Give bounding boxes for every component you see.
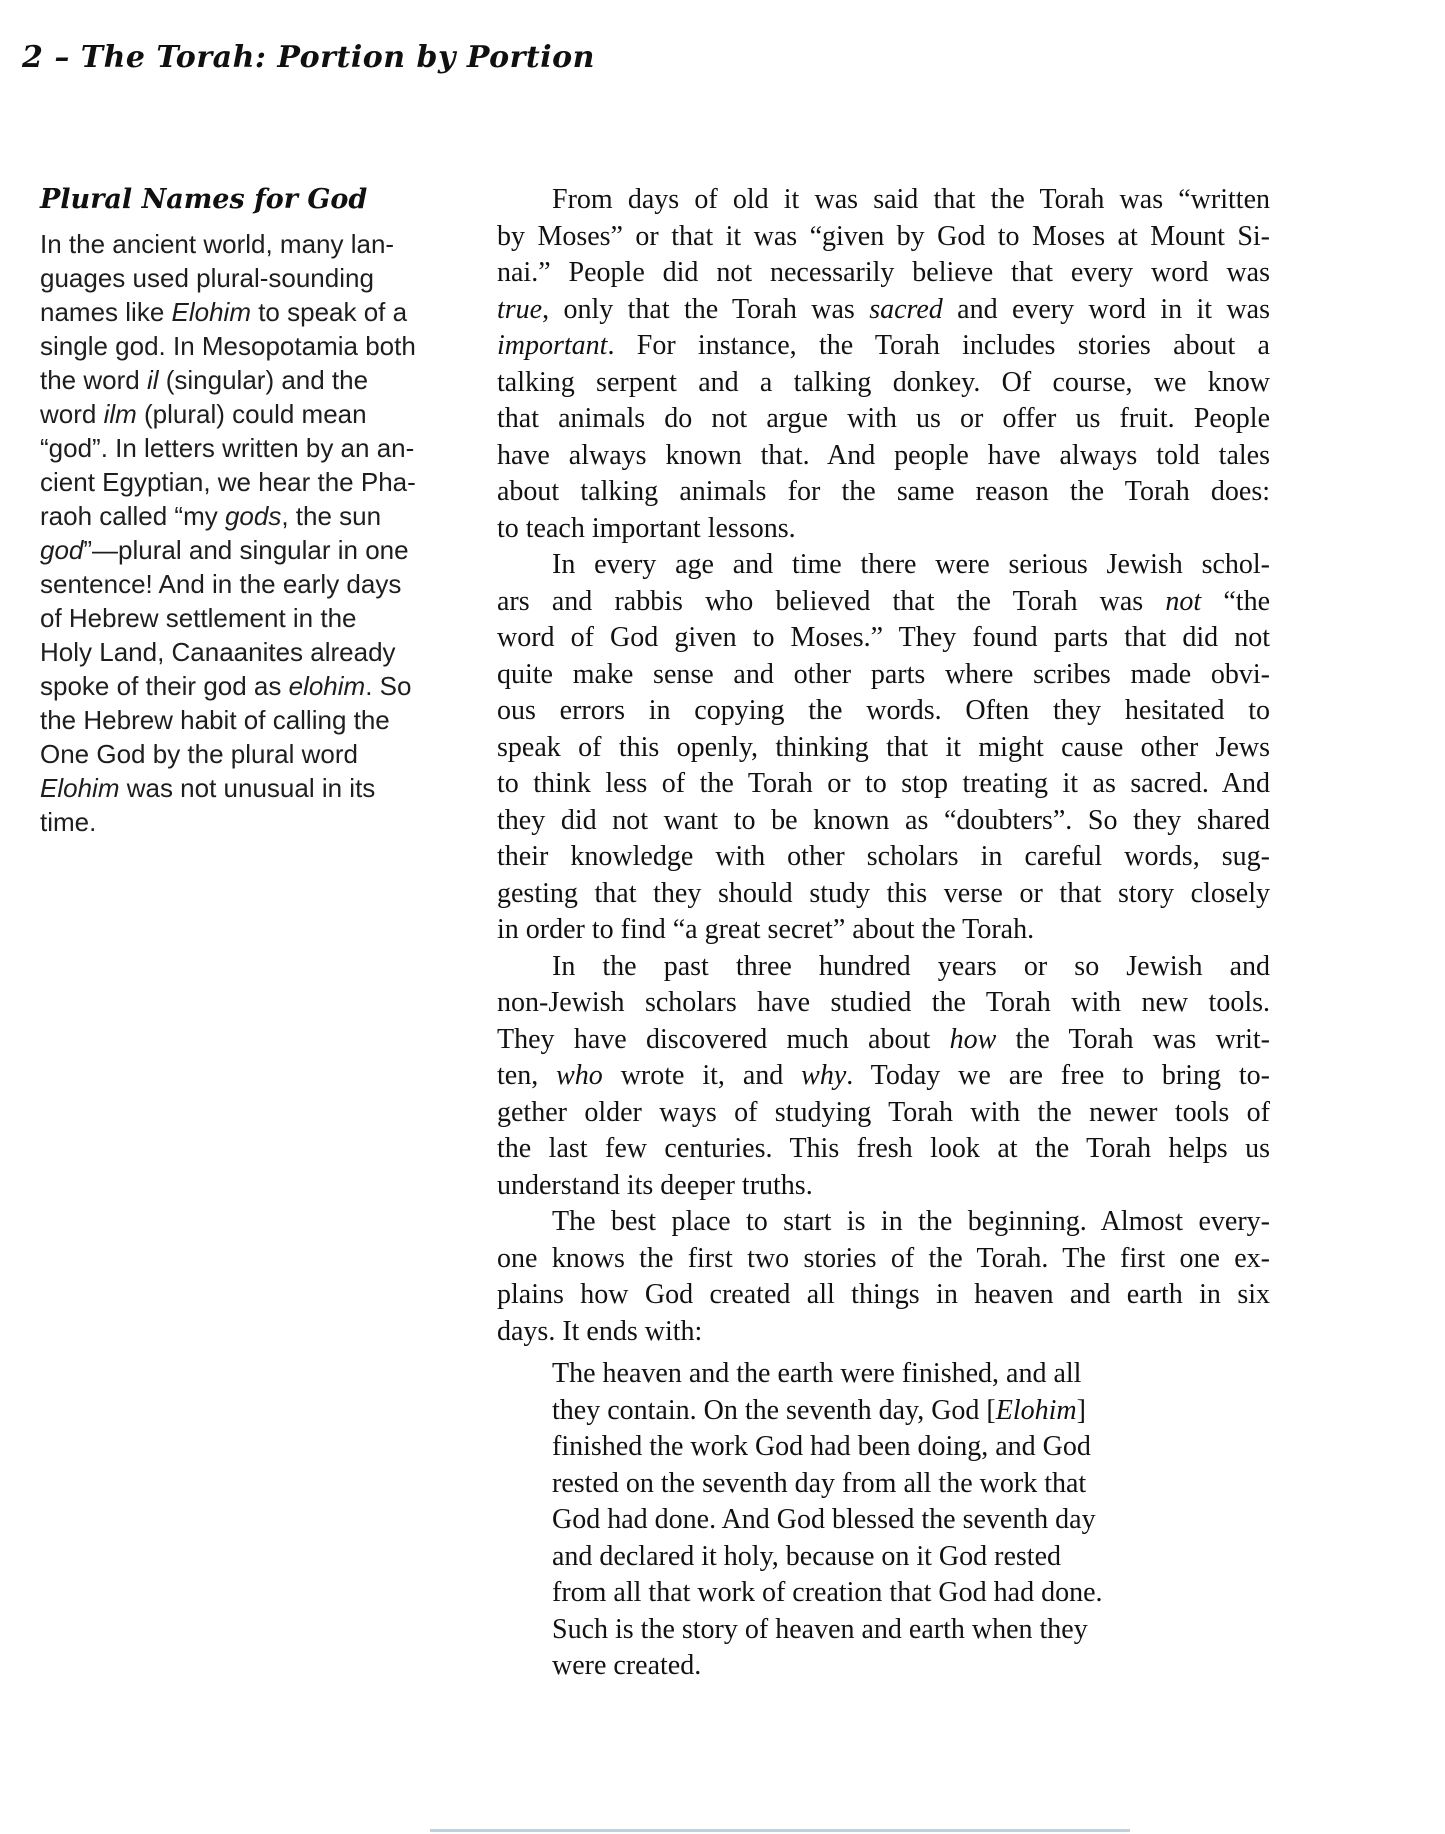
book-page: { "page_header": "2 – The Torah: Portion… — [0, 0, 1445, 1834]
bottom-hairline — [430, 1829, 1130, 1832]
paragraph-best-place-to-start: The best place to start is in the beginn… — [497, 1204, 1270, 1350]
paragraph-serious-scholars: In every age and time there were serious… — [497, 547, 1270, 949]
sidebar-body: In the ancient world, many lan-guages us… — [40, 227, 422, 839]
sidebar: Plural Names for God In the ancient worl… — [40, 184, 422, 839]
paragraph-new-tools: In the past three hundred years or so Je… — [497, 949, 1270, 1205]
blockquote-genesis-quote: The heaven and the earth were finished, … — [552, 1356, 1152, 1685]
page-header: 2 – The Torah: Portion by Portion — [22, 40, 595, 75]
sidebar-heading: Plural Names for God — [40, 184, 422, 215]
main-column: From days of old it was said that the To… — [497, 182, 1270, 1685]
paragraph-written-by-moses: From days of old it was said that the To… — [497, 182, 1270, 547]
